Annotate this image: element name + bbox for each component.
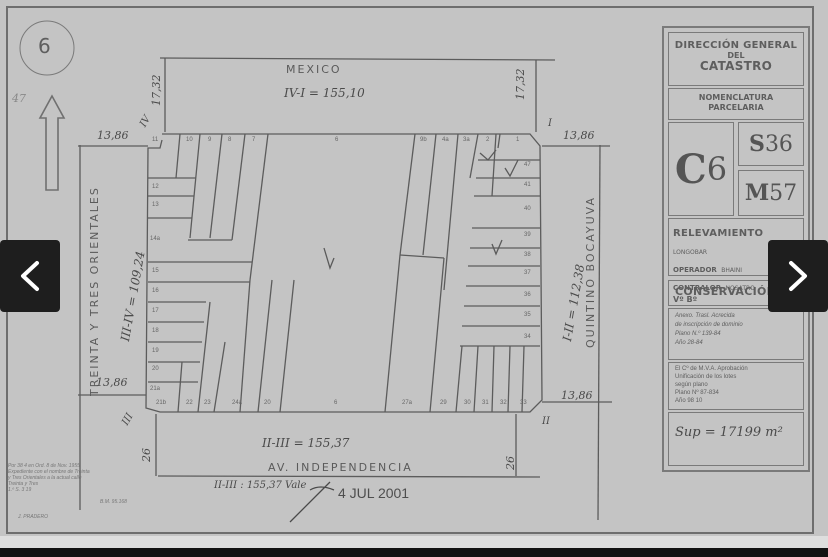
manzana-letter: M	[745, 180, 769, 206]
chevron-right-icon	[785, 259, 811, 293]
lot-label: 35	[524, 312, 531, 318]
previous-image-button[interactable]	[0, 240, 60, 312]
lot-label: 38	[524, 252, 531, 258]
lot-label: 3a	[463, 137, 470, 143]
street-south-label: AV. INDEPENDENCIA	[268, 461, 413, 474]
lot-label: 37	[524, 270, 531, 276]
seccion-letter: S	[749, 131, 765, 157]
seccion-number: 36	[765, 132, 793, 157]
lot-label: 6	[334, 400, 337, 406]
chamfer-se-vertical: 26	[504, 456, 517, 470]
lot-label: 15	[152, 268, 159, 274]
conservacion-notes-2: El Cº de M.V.A. Aprobación Unificación d…	[668, 362, 804, 410]
lot-label: 16	[152, 288, 159, 294]
chamfer-ne-horizontal: 13,86	[563, 129, 595, 142]
chevron-left-icon	[17, 259, 43, 293]
note-line: Anexo. Trasl. Acrecida	[675, 312, 797, 321]
seccion-box: S36	[738, 122, 804, 166]
superficie-value: Sup = 17199 m²	[675, 425, 797, 440]
manzana-box: M57	[738, 170, 804, 216]
lot-label: 22	[186, 400, 193, 406]
relevamiento-value: LONGOBAR	[673, 249, 707, 256]
lot-label: 1	[516, 137, 519, 143]
conservacion-notes: Anexo. Trasl. Acrecida de inscripción de…	[668, 308, 804, 360]
lot-label: 7	[252, 137, 255, 143]
lot-label: 9b	[420, 137, 427, 143]
operador-value: BHAINI	[721, 267, 742, 274]
lot-label: 39	[524, 232, 531, 238]
lot-label: 31	[482, 400, 489, 406]
lot-label: 2	[486, 137, 489, 143]
note-line: Plano Nº 87-834	[675, 389, 797, 397]
measure-north: IV-I = 155,10	[284, 86, 365, 100]
lot-label: 21a	[150, 386, 160, 392]
lot-label: 29	[440, 400, 447, 406]
operador-label: OPERADOR	[673, 266, 717, 274]
lot-label: 20	[152, 366, 159, 372]
title-block-header: DIRECCIÓN GENERAL DEL CATASTRO	[668, 32, 804, 86]
lot-label: 34	[524, 334, 531, 340]
lot-label: 8	[228, 137, 231, 143]
nomenclatura-box: NOMENCLATURA PARCELARIA	[668, 88, 804, 120]
lot-label: 40	[524, 206, 531, 212]
scan-edge	[0, 536, 828, 548]
chamfer-nw-horizontal: 13,86	[97, 129, 129, 142]
lot-label: 21b	[156, 400, 166, 406]
lot-label: 32	[500, 400, 507, 406]
sheet-number: 6	[38, 34, 51, 58]
note-line: Año 28-84	[675, 339, 797, 348]
vertex-ne: I	[548, 118, 552, 129]
chamfer-ne-vertical: 17,32	[514, 69, 527, 101]
lot-label: 9	[208, 137, 211, 143]
lot-label: 4a	[442, 137, 449, 143]
superficie-box: Sup = 17199 m²	[668, 412, 804, 466]
measure-south: II-III = 155,37	[262, 436, 349, 450]
circ-letter: C	[675, 146, 707, 193]
stamp-date: 4 JUL 2001	[338, 485, 409, 501]
lot-label: 10	[186, 137, 193, 143]
note-line: Año 98 10	[675, 397, 797, 405]
lot-label: 24a	[232, 400, 242, 406]
header-line: DIRECCIÓN GENERAL	[669, 40, 803, 51]
lot-label: 30	[464, 400, 471, 406]
lot-label: 19	[152, 348, 159, 354]
note-line: El Cº de M.V.A. Aprobación	[675, 365, 797, 373]
lot-label: 6	[335, 137, 338, 143]
lot-label: 36	[524, 292, 531, 298]
chamfer-nw-vertical: 17,32	[150, 75, 163, 107]
header-line: CATASTRO	[669, 61, 803, 72]
chamfer-sw-vertical: 26	[140, 448, 153, 462]
viewer-bottom-bar	[0, 548, 828, 557]
note-line: según plano	[675, 381, 797, 389]
chamfer-se-horizontal: 13,86	[561, 389, 593, 402]
lot-label: 14a	[150, 236, 160, 242]
lot-label: 11	[152, 137, 158, 143]
footnote-line: 1.º S. 3 19	[8, 487, 90, 493]
footnote-signature: J. PRADERO	[18, 514, 48, 520]
street-north-label: MEXICO	[286, 63, 342, 76]
lot-label: 41	[524, 182, 531, 188]
next-image-button[interactable]	[768, 240, 828, 312]
lot-label: 23	[204, 400, 211, 406]
circunscripcion-box: C6	[668, 122, 734, 216]
nomenclatura-line: PARCELARIA	[669, 103, 803, 113]
lot-label: 18	[152, 328, 159, 334]
lot-label: 12	[152, 184, 159, 190]
lot-label: 27a	[402, 400, 412, 406]
footnote: Por 38 4 en Ord. 8 de Nov. 1955 Expedien…	[8, 463, 90, 493]
circ-number: 6	[707, 150, 727, 188]
nomenclatura-line: NOMENCLATURA	[669, 93, 803, 103]
note-line: Unificación de los lotes	[675, 373, 797, 381]
image-viewer: 6 47 MEXICO AV. INDEPENDENCIA TREINTA Y …	[0, 0, 828, 557]
manzana-number: 57	[769, 181, 797, 206]
street-west-label: TREINTA Y TRES ORIENTALES	[88, 186, 101, 396]
lot-label: 17	[152, 308, 159, 314]
relevamiento-label: RELEVAMIENTO	[673, 228, 763, 239]
lot-label: 47	[524, 162, 531, 168]
lot-label: 13	[152, 202, 159, 208]
vertex-se: II	[542, 416, 550, 427]
lot-label: 33	[520, 400, 527, 406]
chamfer-sw-horizontal: 13,86	[96, 376, 128, 389]
cadastral-plan-sheet: 6 47 MEXICO AV. INDEPENDENCIA TREINTA Y …	[0, 0, 828, 548]
note-line: de inscripción de dominio	[675, 321, 797, 330]
footnote-reference: B.M. 95.168	[100, 499, 127, 505]
note-line: Plano N.º 139-84	[675, 330, 797, 339]
annotation-stamp: II-III : 155,37 Vale	[214, 480, 306, 491]
margin-note: 47	[12, 92, 26, 105]
lot-label: 20	[264, 400, 271, 406]
